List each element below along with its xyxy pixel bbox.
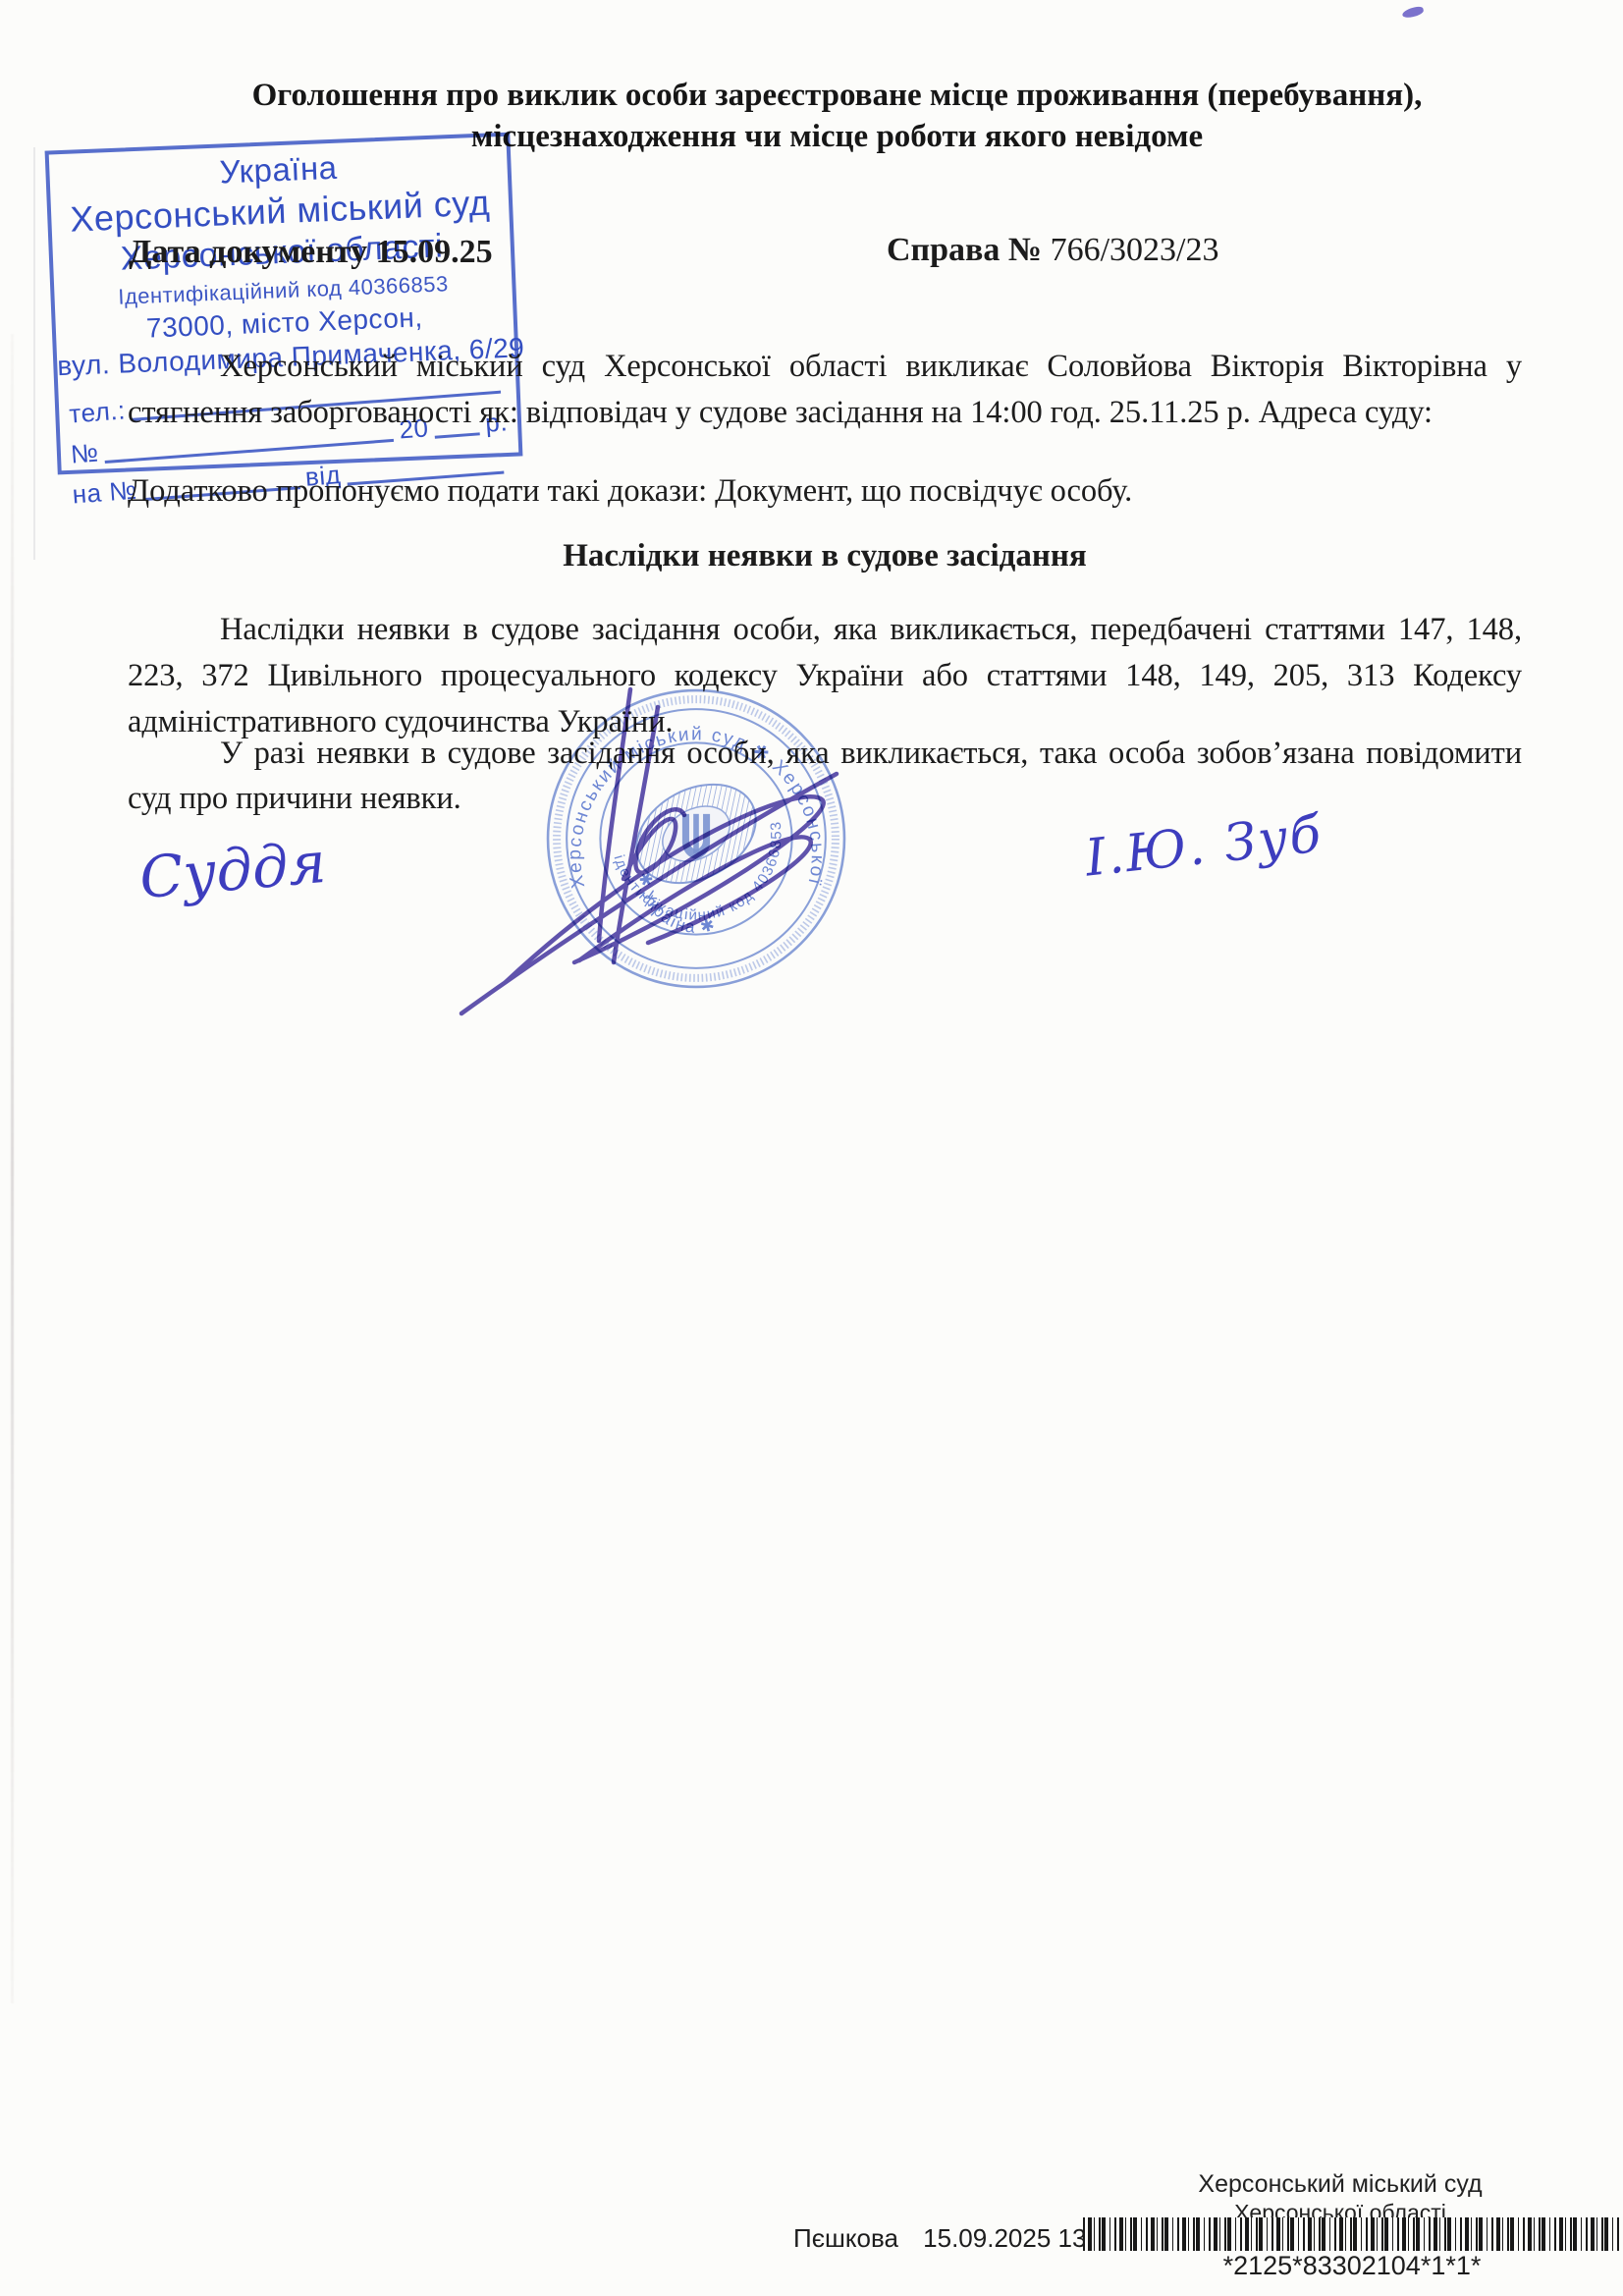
stamp-no-label: № [70,438,100,470]
document-date-label: Дата документу [129,234,367,270]
case-number-line: Справа № 766/3023/23 [887,232,1219,269]
case-label: Справа № [887,232,1042,268]
paragraph-evidence: Додатково пропонуємо подати такі докази:… [128,468,1522,515]
paragraph-summons: Херсонський міський суд Херсонської обла… [128,344,1522,436]
barcode [1083,2217,1621,2251]
barcode-text: *2125*83302104*1*1* [1083,2251,1621,2281]
judge-handwritten-label: Суддя [136,829,328,911]
scanner-streak [11,334,14,2003]
footer-court-line1: Херсонський міський суд [1129,2170,1551,2199]
document-date-value: 15.09.25 [376,234,493,270]
scanner-streak [33,147,35,560]
section-heading: Наслідки неявки в судове засідання [128,538,1522,574]
ink-smudge [1401,5,1425,19]
case-number: 766/3023/23 [1051,232,1219,268]
stamp-tel-label: тел.: [68,395,127,429]
judge-signature-scribble [412,648,903,1041]
document-date: Дата документу 15.09.25 [129,234,493,271]
scanned-court-document: Оголошення про виклик особи зареєстрован… [0,0,1623,2296]
footer-clerk-name: Пєшкова [793,2223,898,2253]
document-title-line1: Оголошення про виклик особи зареєстрован… [187,75,1488,116]
